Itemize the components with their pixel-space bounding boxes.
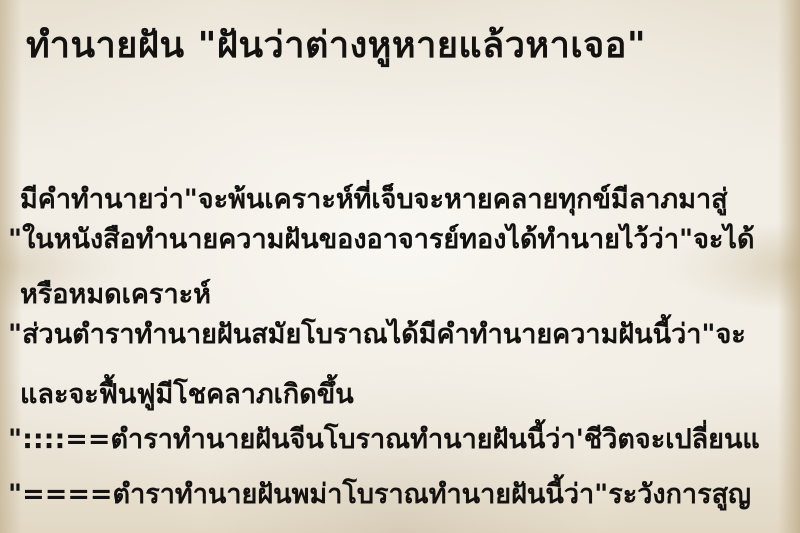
page-title: ทำนายฝัน "ฝันว่าต่างหูหายแล้วหาเจอ" xyxy=(26,18,646,74)
prediction-line: "ส่วนตำราทำนายฝันสมัยโบราณได้มีคำทำนายคว… xyxy=(8,315,746,355)
prediction-line: มีคำทำนายว่า"จะพ้นเคราะห์ที่เจ็บจะหายคลา… xyxy=(20,180,728,220)
prediction-line: "====ตำราทำนายฝันพม่าโบราณทำนายฝันนี้ว่า… xyxy=(8,475,751,515)
prediction-line: และจะฟื้นฟูมีโชคลาภเกิดขึ้น xyxy=(20,375,354,415)
prediction-line: "ในหนังสือทำนายความฝันของอาจารย์ทองได้ทำ… xyxy=(8,220,755,260)
paper-edge-right xyxy=(778,0,800,533)
prediction-line: หรือหมดเคราะห์ xyxy=(20,275,211,315)
prediction-line: "::::==ตำราทำนายฝันจีนโบราณทำนายฝันนี้ว่… xyxy=(8,420,760,460)
